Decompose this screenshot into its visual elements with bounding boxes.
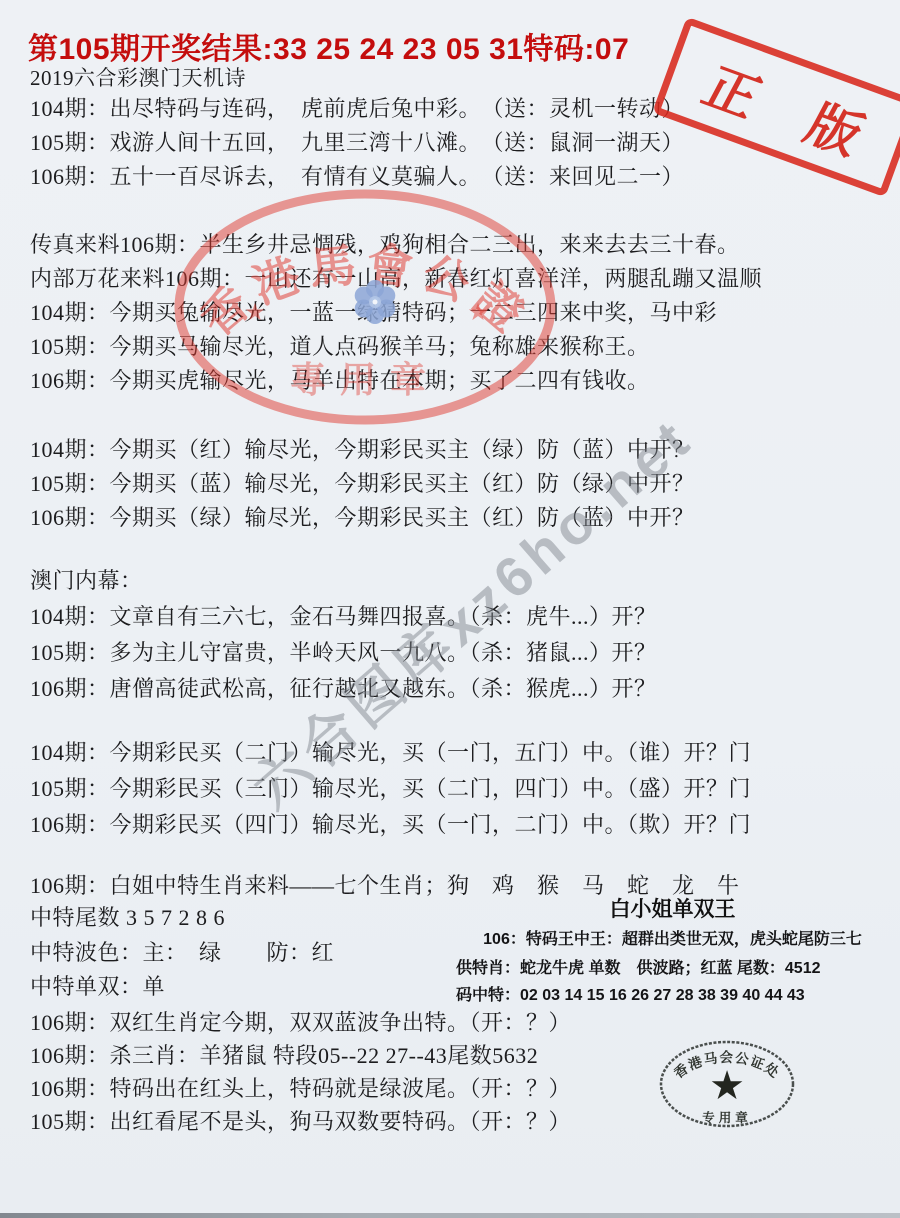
macau-line: 106期：唐僧高徒武松高，征行越北又越东。（杀：猴虎...）开？ xyxy=(30,671,657,707)
baijie-oddeven-line: 中特单双：单 xyxy=(30,970,165,1001)
macau-section: 104期：文章自有三六七，金石马舞四报喜。（杀：虎牛...）开？ 105期：多为… xyxy=(30,599,657,707)
genuine-stamp-text: 正 版 xyxy=(672,39,900,176)
genuine-stamp: 正 版 xyxy=(652,17,900,198)
baijie-wave-line: 中特波色：主： 绿 防：红 xyxy=(30,936,334,967)
white-lady-title: 白小姐单双王 xyxy=(450,893,895,923)
bottom-line: 105期：出红看尾不是头，狗马双数要特码。（开：？） xyxy=(30,1105,571,1136)
poem-section: 104期：出尽特码与连码， 虎前虎后兔中彩。 （送：灵机一转动） 105期：戏游… xyxy=(30,92,684,194)
seal-star-icon: ★ xyxy=(244,300,266,326)
scan-edge-shadow xyxy=(0,1213,900,1218)
poem-line: 104期：出尽特码与连码， 虎前虎后兔中彩。 （送：灵机一转动） xyxy=(30,92,684,126)
macau-line: 105期：多为主儿守富贵，半岭天风一九八。（杀：猪鼠...）开？ xyxy=(30,635,657,671)
bottom-line: 106期：双红生肖定今期，双双蓝波争出特。（开：？） xyxy=(30,1006,571,1037)
door-line: 106期：今期彩民买（四门）输尽光，买（一门，二门）中。（欺）开？门 xyxy=(30,807,751,843)
color-tip-line: 106期：今期买（绿）输尽光，今期彩民买主（红）防（蓝）中开？ xyxy=(30,501,695,535)
seal-bottom-text: 專用章 xyxy=(290,359,440,400)
notary-seal: 香港马会公证处 ★ 专用章 xyxy=(652,1036,802,1134)
white-lady-line: 供特肖：蛇龙牛虎 单数 供波路；红蓝 尾数：4512 xyxy=(450,955,895,978)
color-tip-line: 104期：今期买（红）输尽光，今期彩民买主（绿）防（蓝）中开？ xyxy=(30,433,695,467)
white-lady-panel: 白小姐单双王 106：特码王中王：超群出类世无双，虎头蛇尾防三七 供特肖：蛇龙牛… xyxy=(450,893,895,1005)
white-lady-line: 106：特码王中王：超群出类世无双，虎头蛇尾防三七 xyxy=(450,926,895,949)
seal-star-icon: ★ xyxy=(467,300,489,326)
bottom-line: 106期：特码出在红头上，特码就是绿波尾。（开：？） xyxy=(30,1072,571,1103)
poem-line: 105期：戏游人间十五回， 九里三湾十八滩。 （送：鼠洞一湖天） xyxy=(30,126,684,160)
red-circle-seal: 香港馬會公證 ★ ★ 專用章 xyxy=(160,180,570,438)
white-lady-line: 码中特：02 03 14 15 16 26 27 28 38 39 40 44 … xyxy=(450,982,895,1005)
doors-section: 104期：今期彩民买（二门）输尽光，买（一门，五门）中。（谁）开？门 105期：… xyxy=(30,735,751,843)
color-tips-section: 104期：今期买（红）输尽光，今期彩民买主（绿）防（蓝）中开？ 105期：今期买… xyxy=(30,433,695,535)
color-tip-line: 105期：今期买（蓝）输尽光，今期彩民买主（红）防（绿）中开？ xyxy=(30,467,695,501)
baijie-tail-line: 中特尾数 3 5 7 2 8 6 xyxy=(30,901,225,932)
poem-section-title: 2019六合彩澳门天机诗 xyxy=(30,62,246,92)
macau-section-title: 澳门内幕： xyxy=(30,564,143,595)
notary-star-icon: ★ xyxy=(709,1063,745,1108)
door-line: 105期：今期彩民买（三门）输尽光，买（二门，四门）中。（盛）开？门 xyxy=(30,771,751,807)
bottom-line: 106期：杀三肖：羊猪鼠 特段05--22 27--43尾数5632 xyxy=(30,1039,538,1070)
door-line: 104期：今期彩民买（二门）输尽光，买（一门，五门）中。（谁）开？门 xyxy=(30,735,751,771)
tip-sheet-page: 第105期开奖结果:33 25 24 23 05 31特码:07 2019六合彩… xyxy=(0,0,900,1218)
notary-bottom-text: 专用章 xyxy=(702,1110,752,1125)
macau-line: 104期：文章自有三六七，金石马舞四报喜。（杀：虎牛...）开？ xyxy=(30,599,657,635)
